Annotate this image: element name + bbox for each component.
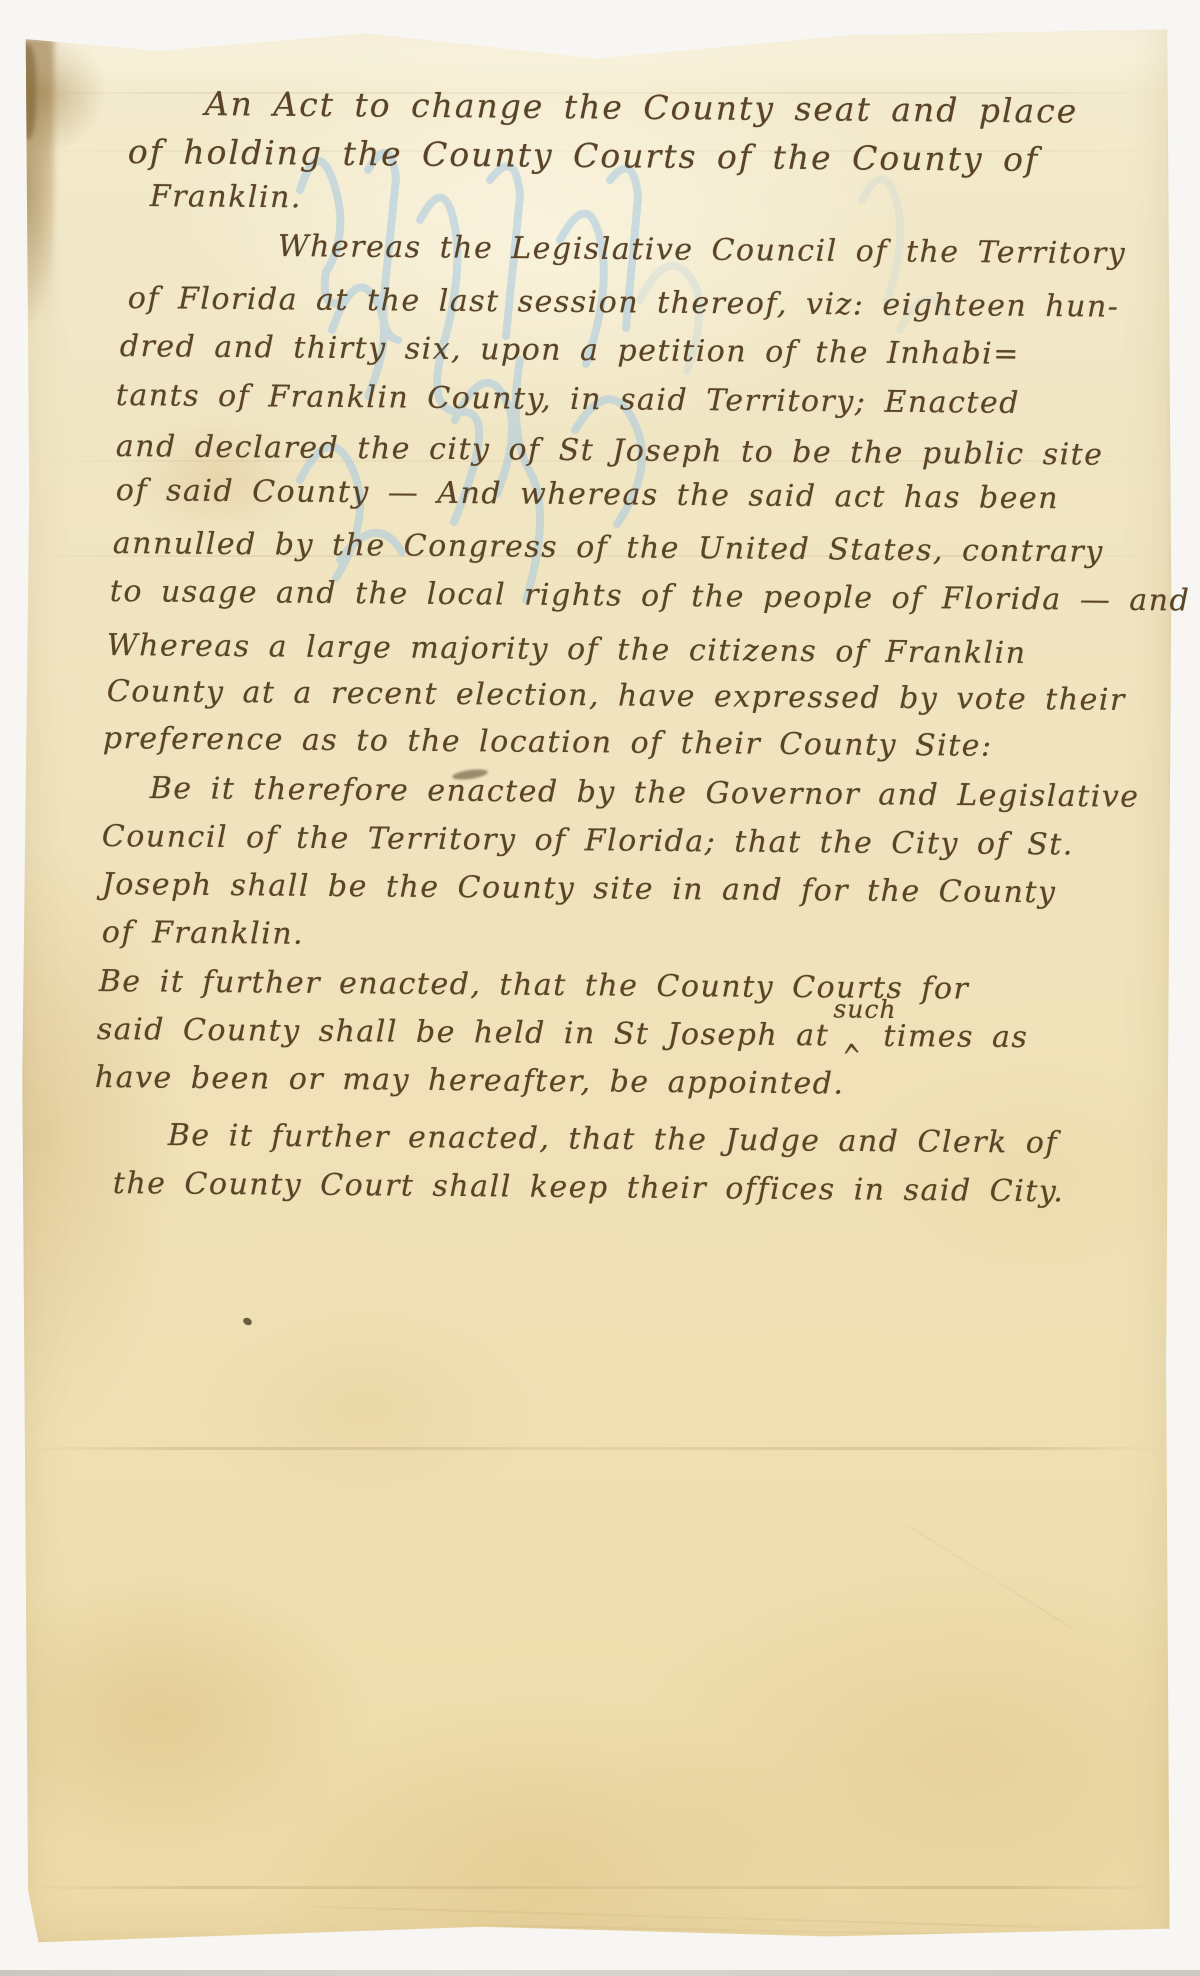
manuscript-line: annulled by the Congress of the United S… [113, 526, 1104, 570]
manuscript-line: Joseph shall be the County site in and f… [102, 867, 1057, 910]
manuscript-line: preference as to the location of their C… [103, 721, 993, 764]
manuscript-line: Be it therefore enacted by the Governor … [150, 771, 1140, 815]
manuscript-line: of said County — And whereas the said ac… [116, 473, 1059, 516]
manuscript-line: Franklin. [150, 179, 302, 215]
manuscript-line: have been or may hereafter, be appointed… [95, 1060, 845, 1102]
inserted-word: such [833, 994, 896, 1024]
manuscript-line: County at a recent election, have expres… [107, 674, 1126, 718]
manuscript-line: dred and thirty six, upon a petition of … [120, 329, 1020, 372]
manuscript-line: of Florida at the last session thereof, … [128, 281, 1120, 325]
manuscript-line: Whereas a large majority of the citizens… [107, 628, 1027, 671]
manuscript-lines: An Act to change the County seat and pla… [0, 0, 1200, 1976]
manuscript-line: said County shall be held in St Joseph a… [97, 1012, 1029, 1055]
manuscript-line: to usage and the local rights of the peo… [110, 574, 1191, 618]
manuscript-line: of holding the County Courts of the Coun… [128, 132, 1040, 179]
manuscript-line: the County Court shall keep their office… [113, 1166, 1065, 1209]
manuscript-line: and declared the city of St Joseph to be… [116, 429, 1104, 473]
manuscript-line: tants of Franklin County, in said Territ… [116, 378, 1020, 421]
manuscript-line: An Act to change the County seat and pla… [205, 84, 1079, 131]
caret-mark: ^ [842, 1038, 863, 1077]
manuscript-line: Be it further enacted, that the Judge an… [168, 1118, 1058, 1161]
manuscript-line: of Franklin. [102, 915, 305, 952]
scan-background: An Act to change the County seat and pla… [0, 0, 1200, 1976]
manuscript-line: Whereas the Legislative Council of the T… [278, 229, 1127, 271]
scanner-edge [0, 1970, 1200, 1976]
insertion-mark: such^ [847, 1036, 865, 1046]
manuscript-line: Council of the Territory of Florida; tha… [102, 819, 1074, 862]
